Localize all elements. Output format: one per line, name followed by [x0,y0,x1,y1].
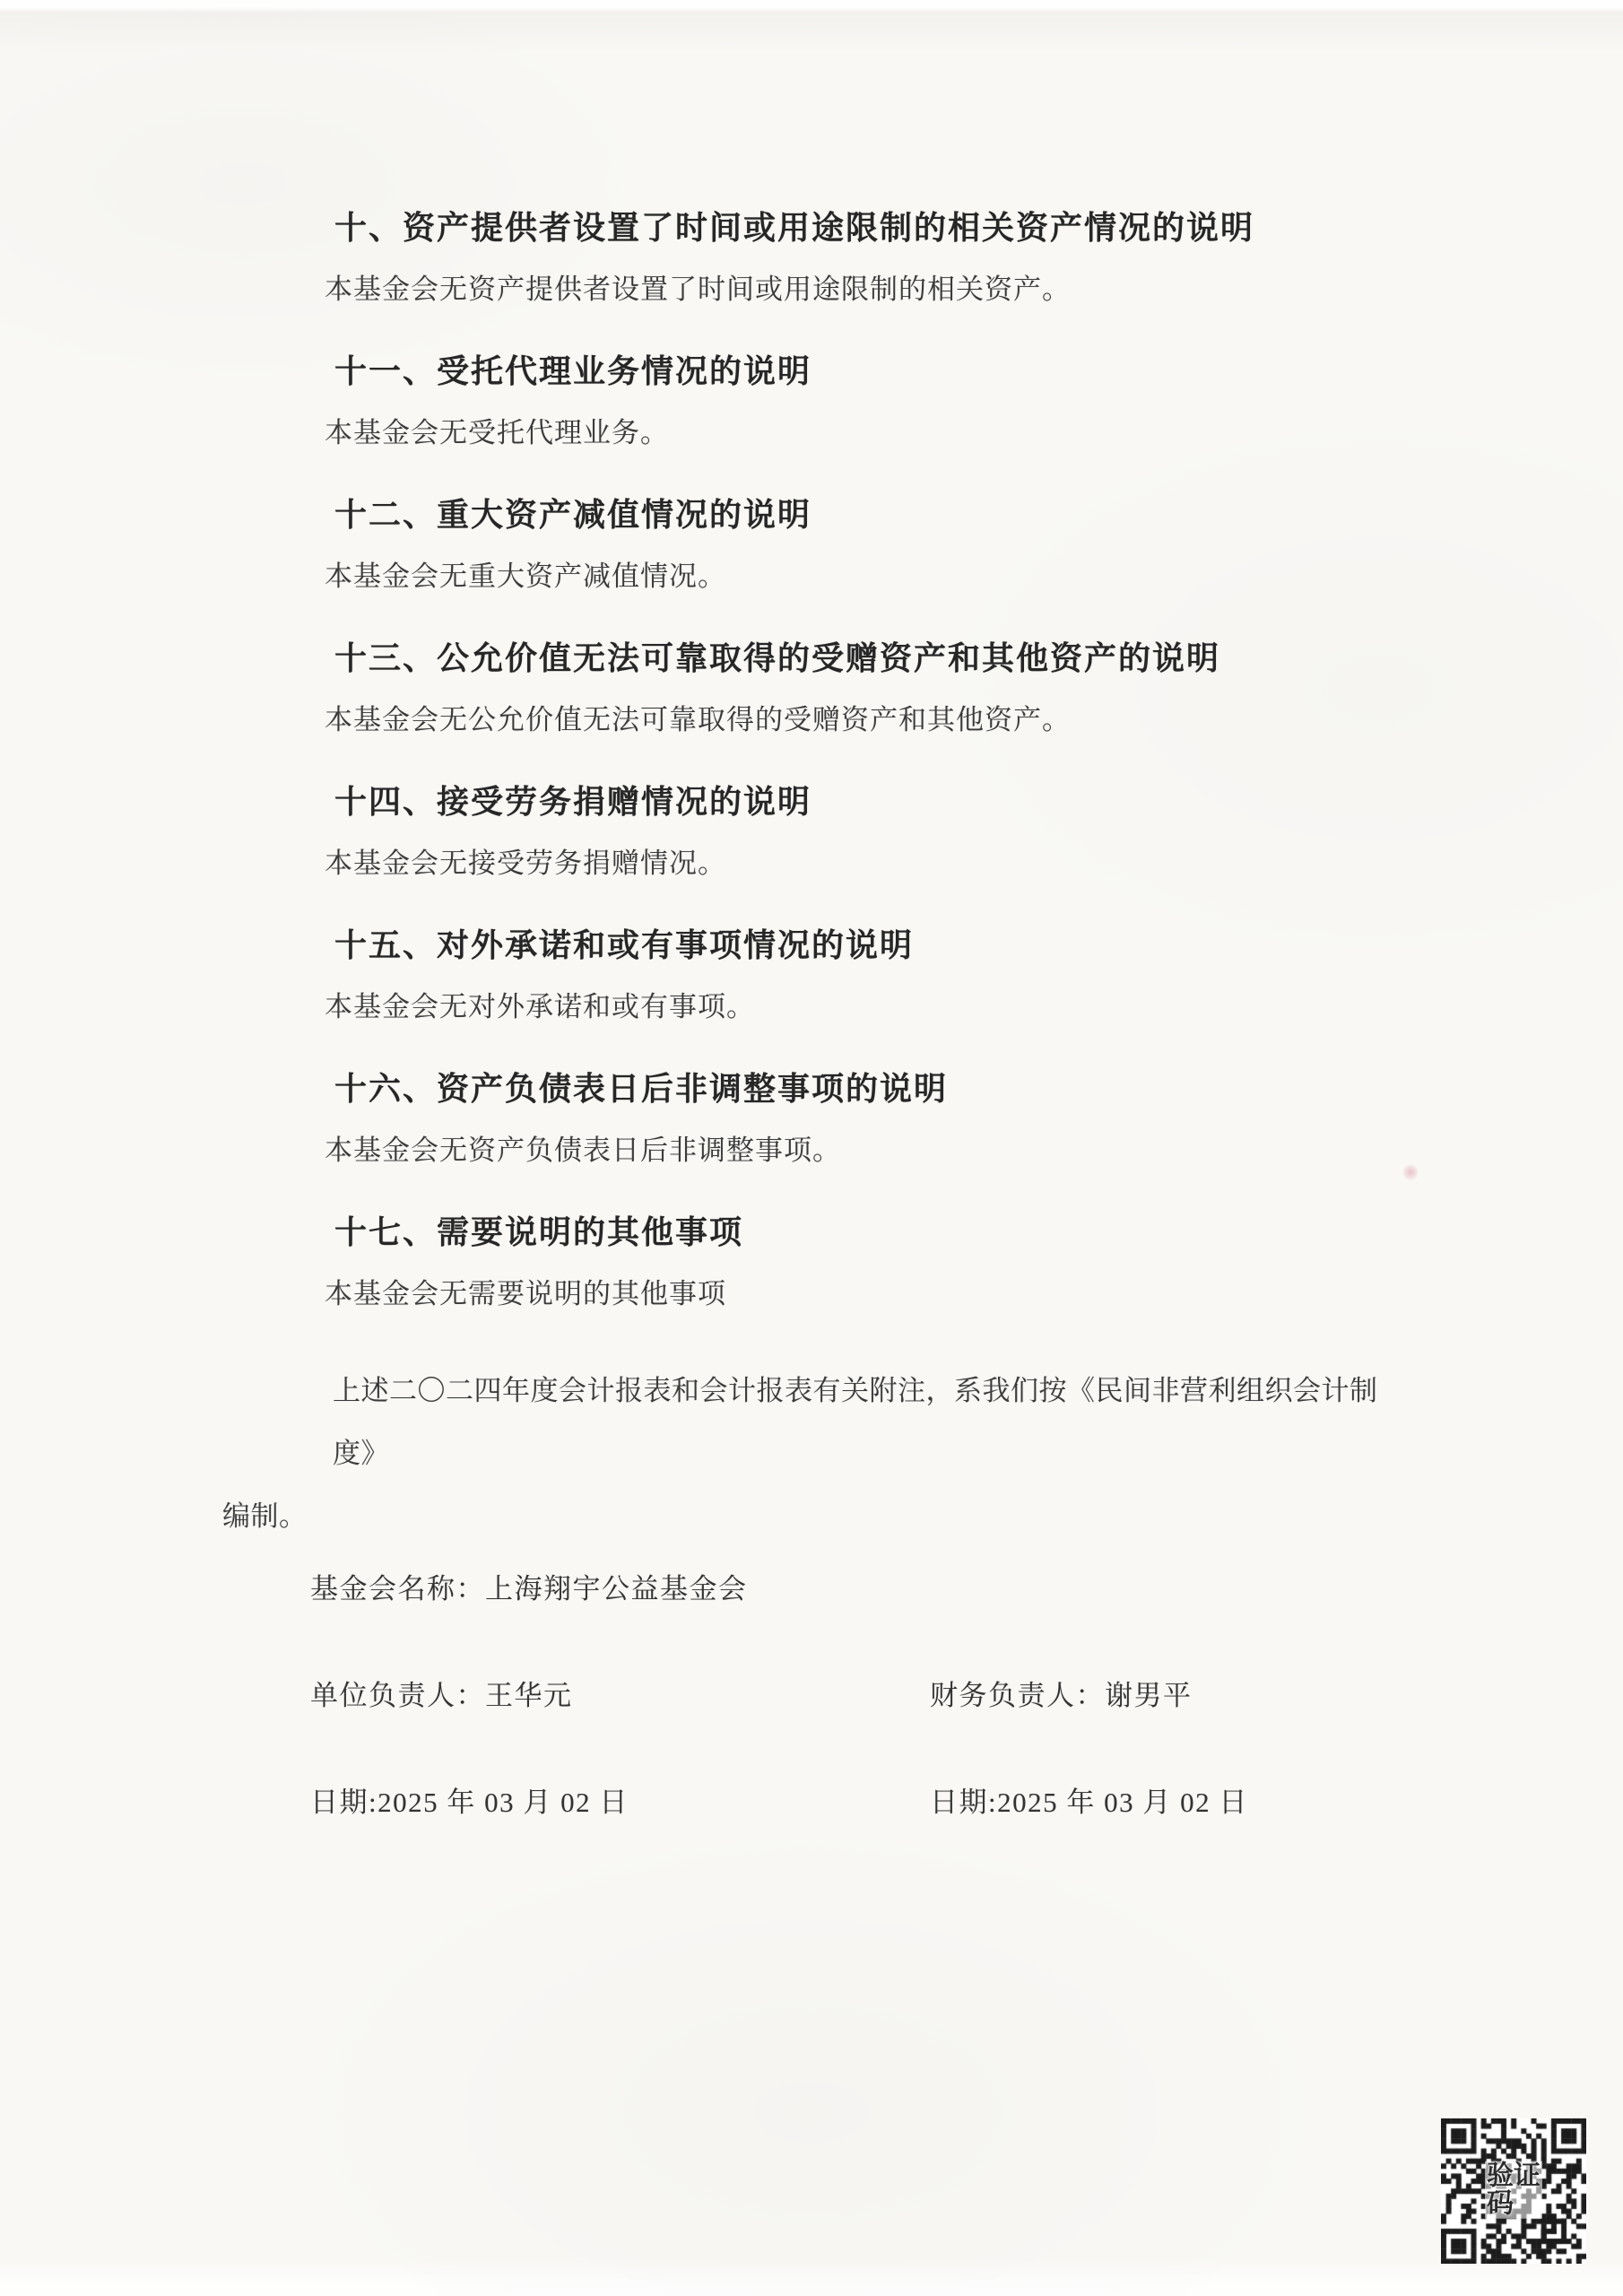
section-body: 本基金会无受托代理业务。 [325,414,1415,452]
section-13: 十三、公允价值无法可靠取得的受赠资产和其他资产的说明 本基金会无公允价值无法可靠… [222,639,1415,739]
closing-paragraph-line-2: 编制。 [222,1485,1415,1548]
section-16: 十六、资产负债表日后非调整事项的说明 本基金会无资产负债表日后非调整事项。 [222,1069,1415,1170]
section-body: 本基金会无资产提供者设置了时间或用途限制的相关资产。 [325,271,1415,309]
section-body: 本基金会无重大资产减值情况。 [325,558,1415,596]
section-12: 十二、重大资产减值情况的说明 本基金会无重大资产减值情况。 [222,495,1415,596]
verification-qr-code: 验证 码 [1441,2118,1586,2264]
section-body: 本基金会无接受劳务捐赠情况。 [325,845,1415,883]
section-17: 十七、需要说明的其他事项 本基金会无需要说明的其他事项 [222,1213,1415,1313]
section-body: 本基金会无资产负债表日后非调整事项。 [325,1132,1415,1170]
section-14: 十四、接受劳务捐赠情况的说明 本基金会无接受劳务捐赠情况。 [222,782,1415,883]
section-body: 本基金会无公允价值无法可靠取得的受赠资产和其他资产。 [325,701,1415,739]
section-heading: 十二、重大资产减值情况的说明 [334,495,1415,535]
unit-head-line: 单位负责人：王华元 [310,1677,573,1715]
date-right-line: 日期:2025 年 03 月 02 日 [930,1784,1248,1822]
section-body: 本基金会无对外承诺和或有事项。 [325,988,1415,1026]
section-10: 十、资产提供者设置了时间或用途限制的相关资产情况的说明 本基金会无资产提供者设置… [222,208,1415,309]
section-heading: 十、资产提供者设置了时间或用途限制的相关资产情况的说明 [334,208,1415,248]
date-left-line: 日期:2025 年 03 月 02 日 [310,1784,629,1822]
scan-artifact-pink-dot [1402,1164,1419,1180]
section-15: 十五、对外承诺和或有事项情况的说明 本基金会无对外承诺和或有事项。 [222,926,1415,1026]
scanned-document-page: 十、资产提供者设置了时间或用途限制的相关资产情况的说明 本基金会无资产提供者设置… [0,0,1623,2296]
section-body: 本基金会无需要说明的其他事项 [325,1275,1415,1313]
section-heading: 十四、接受劳务捐赠情况的说明 [334,782,1415,822]
closing-paragraph-line-1: 上述二〇二四年度会计报表和会计报表有关附注，系我们按《民间非营利组织会计制度》 [333,1360,1415,1485]
finance-head-line: 财务负责人：谢男平 [930,1677,1193,1715]
foundation-name-line: 基金会名称：上海翔宇公益基金会 [310,1570,748,1608]
section-heading: 十五、对外承诺和或有事项情况的说明 [334,926,1415,965]
section-heading: 十三、公允价值无法可靠取得的受赠资产和其他资产的说明 [334,639,1415,678]
section-heading: 十六、资产负债表日后非调整事项的说明 [334,1069,1415,1109]
qr-code-label: 验证 码 [1485,2161,1542,2219]
section-heading: 十七、需要说明的其他事项 [334,1213,1415,1252]
closing-paragraph: 上述二〇二四年度会计报表和会计报表有关附注，系我们按《民间非营利组织会计制度》 … [222,1360,1415,1548]
section-11: 十一、受托代理业务情况的说明 本基金会无受托代理业务。 [222,352,1415,452]
section-heading: 十一、受托代理业务情况的说明 [334,352,1415,391]
notes-sections: 十、资产提供者设置了时间或用途限制的相关资产情况的说明 本基金会无资产提供者设置… [222,208,1415,1548]
